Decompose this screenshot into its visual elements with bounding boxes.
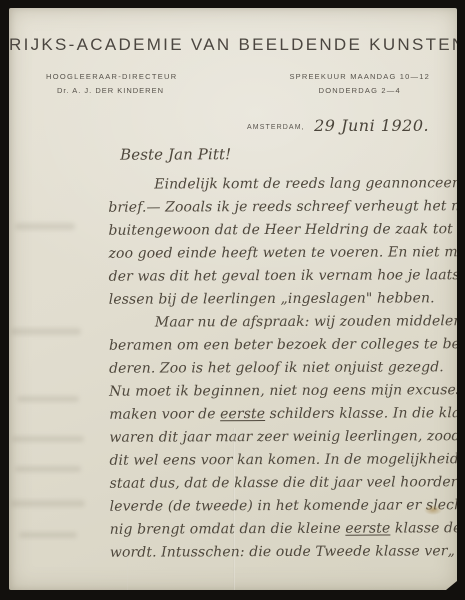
letter-text-segment: der was dit het geval toen ik vernam hoe… <box>109 267 465 285</box>
paper-stain <box>424 505 442 515</box>
letter-line: staat dus, dat de klasse die dit jaar ve… <box>110 471 446 495</box>
dateline: AMSTERDAM, 29 Juni 1920. <box>247 116 429 136</box>
letter-text-segment: Eindelijk komt de reeds lang geannonceer… <box>154 175 465 192</box>
letter-line: lessen bij de leerlingen „ingeslagen" he… <box>109 287 445 311</box>
letter-text-segment: nig brengt omdat dan die kleine <box>110 521 346 538</box>
letter-line: nig brengt omdat dan die kleine eerste k… <box>110 517 446 541</box>
letter-line: deren. Zoo is het geloof ik niet onjuist… <box>109 356 445 380</box>
letter-line: Maar nu de afspraak: wij zouden middelen <box>109 310 445 334</box>
show-through-smudge <box>12 436 84 442</box>
letter-body: Beste Jan Pitt!Eindelijk komt de reeds l… <box>108 142 446 564</box>
show-through-smudge <box>15 466 81 472</box>
letter-text-segment: maken voor de <box>109 406 220 422</box>
letter-text-segment: wordt. Intusschen: die oude Tweede klass… <box>110 543 455 561</box>
letter-text-segment: Beste Jan Pitt! <box>120 145 231 163</box>
office-hours-line2: DONDERDAG 2—4 <box>289 84 430 98</box>
letter-line: waren dit jaar maar zeer weinig leerling… <box>109 425 445 449</box>
letter-line: beramen om een beter bezoek der colleges… <box>109 333 445 357</box>
letter-line: wordt. Intusschen: die oude Tweede klass… <box>110 540 446 564</box>
fold-crease <box>233 428 235 590</box>
letter-line: Eindelijk komt de reeds lang geannonceer… <box>108 172 444 196</box>
handwritten-date: 29 Juni 1920. <box>314 116 429 135</box>
letter-text-segment: dit wel eens voor kan komen. In de mogel… <box>109 451 465 469</box>
letterhead-office-hours-block: SPREEKUUR MAANDAG 10—12 DONDERDAG 2—4 <box>289 70 430 98</box>
director-title: HOOGLEERAAR-DIRECTEUR <box>46 70 177 84</box>
letter-text-segment: eerste <box>345 521 390 537</box>
letter-line: der was dit het geval toen ik vernam hoe… <box>109 264 445 288</box>
scan-background: RIJKS-ACADEMIE VAN BEELDENDE KUNSTEN HOO… <box>0 0 465 600</box>
show-through-smudge <box>11 500 85 507</box>
letter-line: dit wel eens voor kan komen. In de mogel… <box>109 448 445 472</box>
director-name: Dr. A. J. DER KINDEREN <box>46 84 177 98</box>
letter-text-segment: schilders klasse. In die klasse <box>265 405 465 422</box>
letterhead-director-block: HOOGLEERAAR-DIRECTEUR Dr. A. J. DER KIND… <box>46 70 177 98</box>
letter-text-segment: waren dit jaar maar zeer weinig leerling… <box>109 428 465 446</box>
letter-text-segment: buitengewoon dat de Heer Heldring de zaa… <box>108 221 465 239</box>
letter-text-segment: zoo goed einde heeft weten te voeren. En… <box>109 244 465 262</box>
letter-text-segment: brief.— Zooals ik je reeds schreef verhe… <box>108 198 465 216</box>
show-through-smudge <box>15 223 75 230</box>
letter-text-segment: klasse de tweede <box>390 520 465 537</box>
letter-line: Nu moet ik beginnen, niet nog eens mijn … <box>109 379 445 403</box>
letter-text-segment: beramen om een beter bezoek der colleges… <box>109 336 465 354</box>
letter-line: buitengewoon dat de Heer Heldring de zaa… <box>108 218 444 242</box>
place-label: AMSTERDAM, <box>247 124 305 131</box>
letter-text-segment: eerste <box>220 406 265 422</box>
letter-text-segment: Maar nu de afspraak: wij zouden middelen <box>155 313 463 330</box>
letter-line: leverde (de tweede) in het komende jaar … <box>110 494 446 518</box>
show-through-smudge <box>17 396 79 402</box>
fold-crease-minor <box>127 548 128 598</box>
letterhead-institution: RIJKS-ACADEMIE VAN BEELDENDE KUNSTEN <box>9 35 457 55</box>
letter-text-segment: leverde (de tweede) in het komende jaar … <box>110 497 465 515</box>
letter-text-segment: Nu moet ik beginnen, niet nog eens mijn … <box>109 382 465 400</box>
show-through-smudge <box>11 328 81 335</box>
office-hours-line1: SPREEKUUR MAANDAG 10—12 <box>289 70 430 84</box>
letter-line: zoo goed einde heeft weten te voeren. En… <box>109 241 445 265</box>
letter-greeting: Beste Jan Pitt! <box>120 142 444 166</box>
letter-text-segment: deren. Zoo is het geloof ik niet onjuist… <box>109 359 444 376</box>
letter-text-segment: lessen bij de leerlingen „ingeslagen" he… <box>109 290 435 307</box>
letter-line: maken voor de eerste schilders klasse. I… <box>109 402 445 426</box>
letter-paper: RIJKS-ACADEMIE VAN BEELDENDE KUNSTEN HOO… <box>9 8 457 590</box>
letter-text-segment: staat dus, dat de klasse die dit jaar ve… <box>110 474 465 492</box>
show-through-smudge <box>19 532 77 538</box>
letter-line: brief.— Zooals ik je reeds schreef verhe… <box>108 195 444 219</box>
